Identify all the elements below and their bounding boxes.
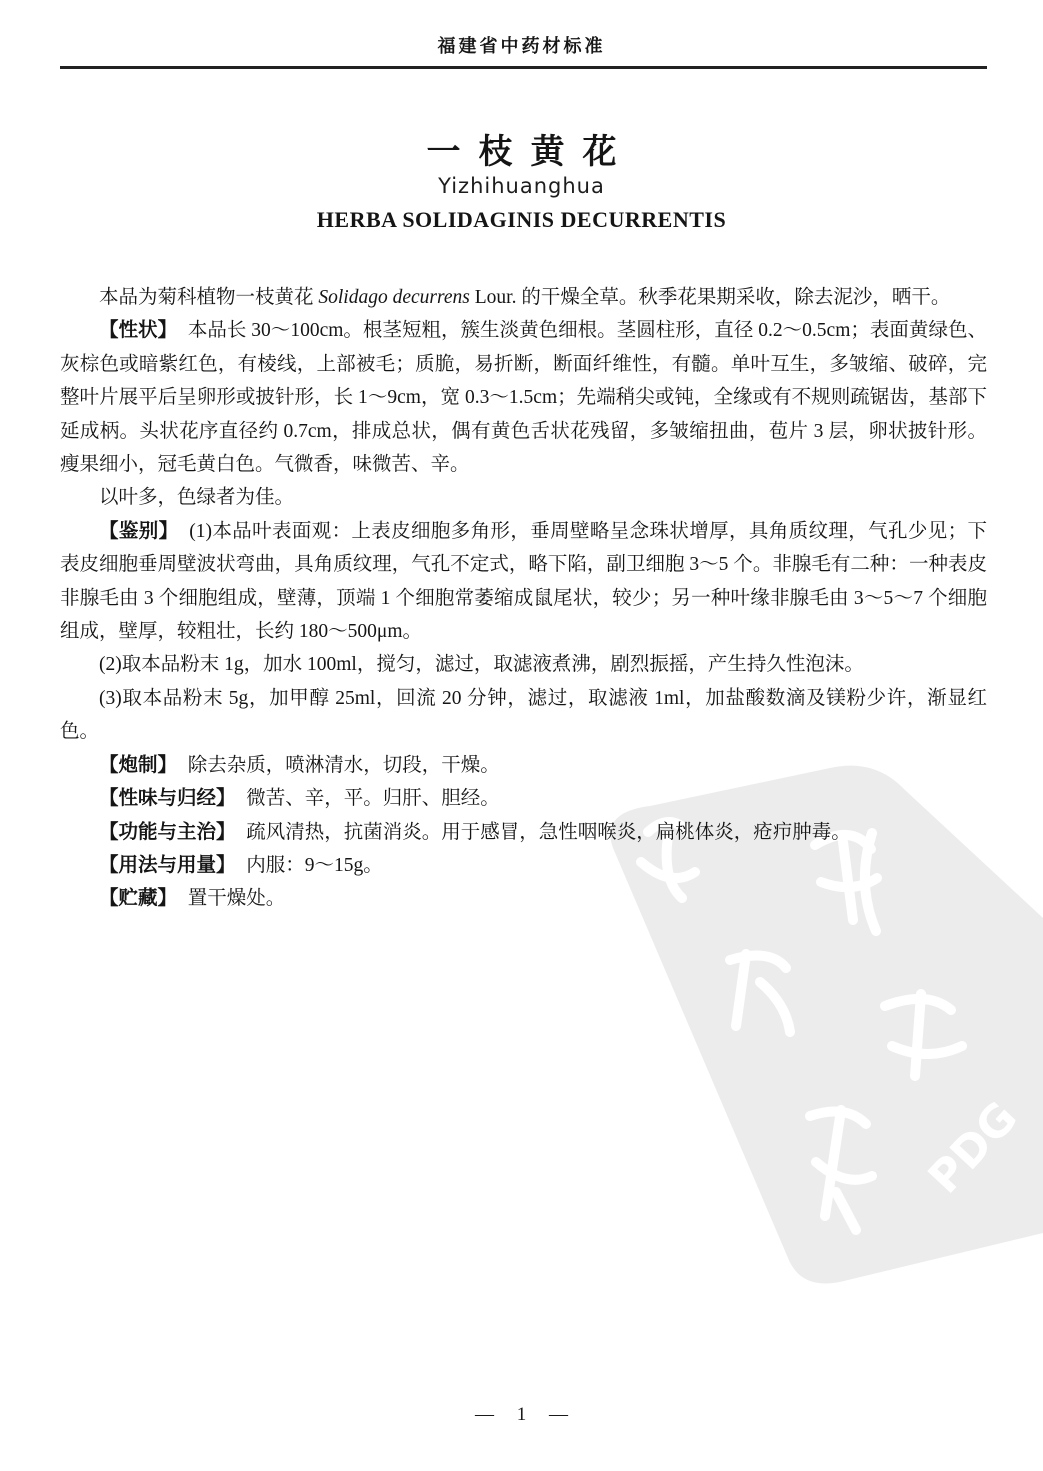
- header-rule: [60, 66, 987, 69]
- section-text: 以叶多，色绿者为佳。: [99, 487, 294, 508]
- section-paragraph: 【用法与用量】内服：9～15g。: [60, 849, 987, 882]
- page-pinyin: Yizhihuanghua: [0, 174, 1043, 198]
- section-text: 除去杂质，喷淋清水，切段，干燥。: [188, 755, 500, 776]
- section-paragraph: 【功能与主治】疏风清热，抗菌消炎。用于感冒，急性咽喉炎，扁桃体炎，疮疖肿毒。: [60, 816, 987, 849]
- page-title: 一枝黄花: [0, 124, 1043, 173]
- section-paragraph: 【性状】本品长 30～100cm。根茎短粗，簇生淡黄色细根。茎圆柱形，直径 0.…: [60, 314, 987, 481]
- running-header: 福建省中药材标准: [0, 32, 1043, 58]
- species-name-italic: Solidago decurrens: [318, 287, 469, 308]
- page-number: — 1 —: [0, 1404, 1043, 1426]
- section-text: (2)取本品粉末 1g，加水 100ml，搅匀，滤过，取滤液煮沸，剧烈振摇，产生…: [99, 654, 864, 675]
- watermark-pdg-text: PDG: [919, 1092, 1028, 1203]
- intro-paragraph: 本品为菊科植物一枝黄花 Solidago decurrens Lour. 的干燥…: [60, 281, 987, 314]
- section-paragraph: 【性味与归经】微苦、辛，平。归肝、胆经。: [60, 782, 987, 815]
- section-text: (3)取本品粉末 5g，加甲醇 25ml，回流 20 分钟，滤过，取滤液 1ml…: [60, 688, 987, 742]
- section-text: 内服：9～15g。: [246, 855, 383, 876]
- section-text: 疏风清热，抗菌消炎。用于感冒，急性咽喉炎，扁桃体炎，疮疖肿毒。: [246, 822, 851, 843]
- section-text: 置干燥处。: [188, 888, 286, 909]
- section-text: 微苦、辛，平。归肝、胆经。: [246, 788, 500, 809]
- section-paragraph: 【鉴别】(1)本品叶表面观：上表皮细胞多角形，垂周壁略呈念珠状增厚，具角质纹理，…: [60, 515, 987, 649]
- sections-container: 【性状】本品长 30～100cm。根茎短粗，簇生淡黄色细根。茎圆柱形，直径 0.…: [60, 314, 987, 915]
- page-latin-name: HERBA SOLIDAGINIS DECURRENTIS: [0, 207, 1043, 233]
- section-text: 本品长 30～100cm。根茎短粗，簇生淡黄色细根。茎圆柱形，直径 0.2～0.…: [60, 320, 987, 475]
- section-paragraph: 以叶多，色绿者为佳。: [60, 481, 987, 514]
- section-label: 【贮藏】: [99, 888, 177, 909]
- section-label: 【炮制】: [99, 755, 177, 776]
- section-label: 【性状】: [99, 320, 177, 341]
- section-text: (1)本品叶表面观：上表皮细胞多角形，垂周壁略呈念珠状增厚，具角质纹理，气孔少见…: [60, 521, 987, 642]
- section-paragraph: (2)取本品粉末 1g，加水 100ml，搅匀，滤过，取滤液煮沸，剧烈振摇，产生…: [60, 648, 987, 681]
- section-label: 【性味与归经】: [99, 788, 236, 809]
- section-label: 【功能与主治】: [99, 822, 236, 843]
- intro-text-after-species: Lour. 的干燥全草。秋季花果期采收，除去泥沙，晒干。: [470, 287, 950, 308]
- page: PDG 福建省中药材标准 一枝黄花 Yizhihuanghua HERBA SO…: [0, 0, 1043, 1471]
- section-paragraph: 【贮藏】置干燥处。: [60, 882, 987, 915]
- section-label: 【用法与用量】: [99, 855, 236, 876]
- section-paragraph: 【炮制】除去杂质，喷淋清水，切段，干燥。: [60, 749, 987, 782]
- document-body: 本品为菊科植物一枝黄花 Solidago decurrens Lour. 的干燥…: [60, 281, 987, 916]
- intro-text-before-species: 本品为菊科植物一枝黄花: [99, 287, 318, 308]
- section-paragraph: (3)取本品粉末 5g，加甲醇 25ml，回流 20 分钟，滤过，取滤液 1ml…: [60, 682, 987, 749]
- section-label: 【鉴别】: [99, 521, 179, 542]
